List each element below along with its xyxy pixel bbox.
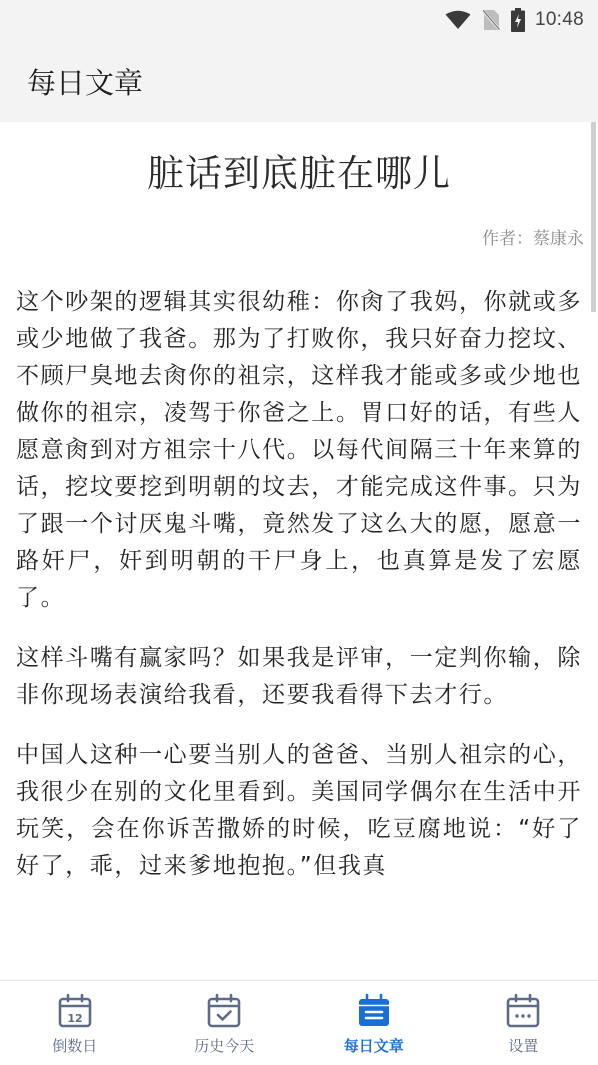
calendar-12-icon: 12 [57, 993, 93, 1029]
article-paragraph: 中国人这种一心要当别人的爸爸、当别人祖宗的心，我很少在别的文化里看到。美国同学偶… [16, 737, 582, 885]
article-title: 脏话到底脏在哪儿 [0, 146, 598, 202]
nav-label: 每日文章 [344, 1035, 404, 1056]
scrollbar[interactable] [591, 122, 596, 312]
battery-charging-icon [511, 8, 525, 32]
article-body: 这个吵架的逻辑其实很幼稚：你肏了我妈，你就或多或少地做了我爸。那为了打败你，我只… [0, 284, 598, 885]
article-author: 作者：蔡康永 [0, 228, 598, 250]
svg-text:12: 12 [67, 1012, 82, 1025]
article-scroll-area[interactable]: 脏话到底脏在哪儿 作者：蔡康永 这个吵架的逻辑其实很幼稚：你肏了我妈，你就或多或… [0, 122, 598, 980]
app-bar-title: 每日文章 [27, 61, 143, 102]
nav-item-settings[interactable]: 设置 [449, 981, 598, 1065]
status-bar: 10:48 [0, 0, 598, 40]
nav-label: 设置 [508, 1035, 538, 1056]
bottom-nav: 12 倒数日 历史今天 每日文章 [0, 980, 598, 1065]
status-time: 10:48 [535, 9, 584, 31]
calendar-article-icon [356, 993, 392, 1029]
calendar-check-icon [206, 993, 242, 1029]
nav-item-countdown[interactable]: 12 倒数日 [0, 981, 150, 1065]
wifi-icon [445, 10, 471, 30]
app-bar: 每日文章 [0, 40, 598, 122]
nav-label: 倒数日 [52, 1035, 97, 1056]
article-paragraph: 这样斗嘴有赢家吗？如果我是评审，一定判你输，除非你现场表演给我看，还要我看得下去… [16, 640, 582, 714]
no-sim-icon [481, 9, 501, 31]
calendar-more-icon [505, 993, 541, 1029]
nav-label: 历史今天 [194, 1035, 254, 1056]
nav-item-daily-article[interactable]: 每日文章 [299, 981, 449, 1065]
nav-item-history-today[interactable]: 历史今天 [150, 981, 300, 1065]
article-paragraph: 这个吵架的逻辑其实很幼稚：你肏了我妈，你就或多或少地做了我爸。那为了打败你，我只… [16, 284, 582, 617]
